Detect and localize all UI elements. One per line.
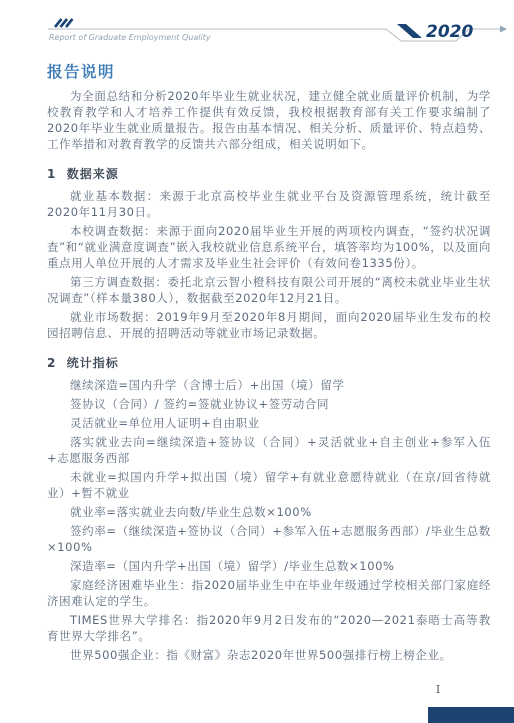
formula-line: 继续深造=国内升学（含博士后）+出国（境）留学 <box>47 377 491 393</box>
footer-accent-bar <box>428 707 514 723</box>
section-heading-data-sources: 1 数据来源 <box>47 166 491 182</box>
paragraph: 第三方调查数据：委托北京云智小橙科技有限公司开展的“离校未就业毕业生状况调查”（… <box>47 274 491 306</box>
section-heading-statistical-indicators: 2 统计指标 <box>47 355 491 371</box>
swoosh-icon <box>397 24 422 38</box>
page-number: I <box>431 683 445 696</box>
header-year: 2020 <box>426 22 473 42</box>
paragraph: 就业市场数据：2019年9月至2020年8月期间，面向2020届毕业生发布的校园… <box>47 309 491 341</box>
page-header: Report of Graduate Employment Quality 20… <box>0 0 514 50</box>
header-subtitle: Report of Graduate Employment Quality <box>49 33 211 42</box>
arrow-right-icon <box>500 26 507 33</box>
page-title: 报告说明 <box>47 60 115 82</box>
formula-line: 就业率=落实就业去向数/毕业生总数×100% <box>47 504 491 520</box>
formula-line: 落实就业去向=继续深造+签协议（合同）+灵活就业+自主创业+参军入伍+志愿服务西… <box>47 434 491 466</box>
formula-line: 签协议（合同）/ 签约=签就业协议+签劳动合同 <box>47 396 491 412</box>
triple-slash-icon <box>55 19 73 27</box>
formula-line: 未就业=拟国内升学+拟出国（境）留学+有就业意愿待就业（在京/回省待就业）+暂不… <box>47 469 491 501</box>
paragraph: 就业基本数据：来源于北京高校毕业生就业平台及资源管理系统，统计截至2020年11… <box>47 188 491 220</box>
formula-line: 深造率=（国内升学+出国（境）留学）/毕业生总数×100% <box>47 558 491 574</box>
paragraph: 本校调查数据：来源于面向2020届毕业生开展的两项校内调查，“签约状况调查”和“… <box>47 223 491 271</box>
report-page: Report of Graduate Employment Quality 20… <box>0 0 514 723</box>
formula-line: 签约率=（继续深造+签协议（合同）+参军入伍+志愿服务西部）/毕业生总数×100… <box>47 523 491 555</box>
formula-line: 灵活就业=单位用人证明+自由职业 <box>47 415 491 431</box>
definition-line: 世界500强企业：指《财富》杂志2020年世界500强排行榜上榜企业。 <box>47 647 491 663</box>
report-body: 为全面总结和分析2020年毕业生就业状况，建立健全就业质量评价机制，为学校教育教… <box>47 88 491 666</box>
definition-line: 家庭经济困难毕业生：指2020届毕业生中在毕业年级通过学校相关部门家庭经济困难认… <box>47 577 491 609</box>
intro-paragraph: 为全面总结和分析2020年毕业生就业状况，建立健全就业质量评价机制，为学校教育教… <box>47 88 491 152</box>
definition-line: TIMES世界大学排名：指2020年9月2日发布的“2020—2021泰晤士高等… <box>47 612 491 644</box>
